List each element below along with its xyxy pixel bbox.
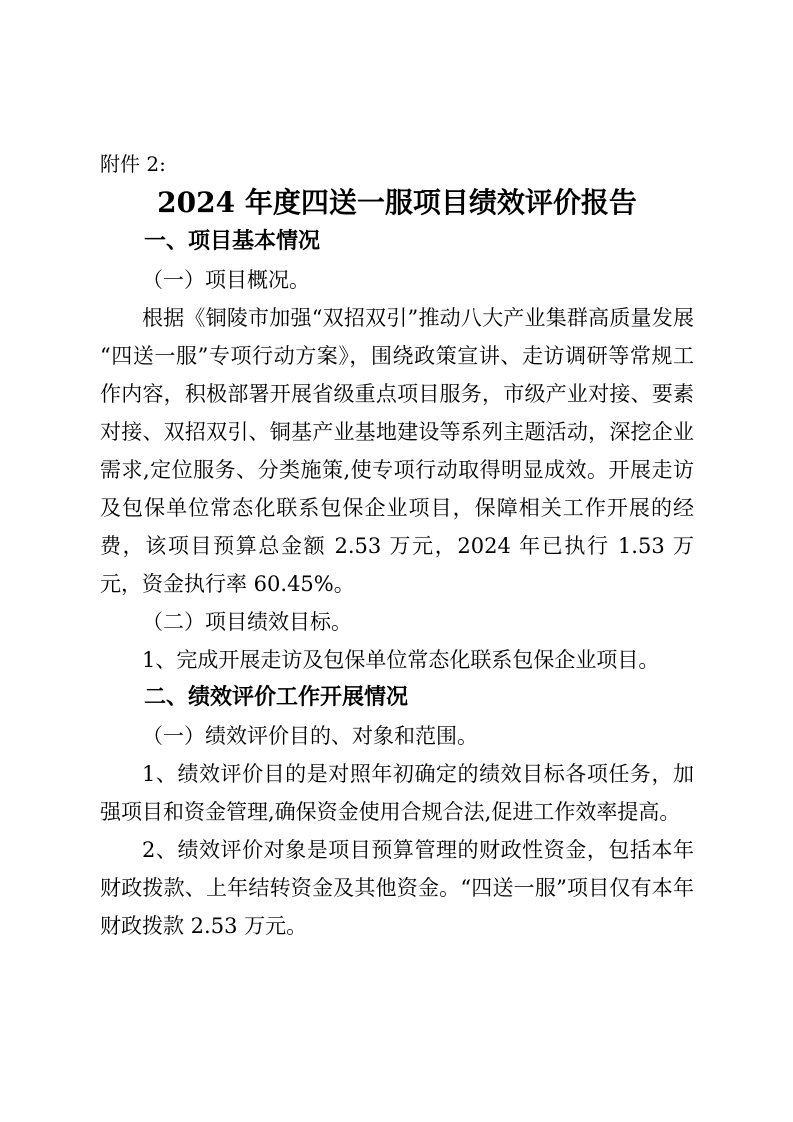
section-1-paragraph-overview: 根据《铜陵市加强“双招双引”推动八大产业集群高质量发展“四送一服”专项行动方案》… xyxy=(100,299,694,603)
document-page: 附件 2: 2024 年度四送一服项目绩效评价报告 一、项目基本情况 （一）项目… xyxy=(0,0,793,1122)
section-1-paragraph-goal: 1、完成开展走访及包保单位常态化联系包保企业项目。 xyxy=(100,641,694,679)
section-2-paragraph-purpose: 1、绩效评价目的是对照年初确定的绩效目标各项任务，加强项目和资金管理,确保资金使… xyxy=(100,755,694,831)
document-title: 2024 年度四送一服项目绩效评价报告 xyxy=(100,183,694,223)
section-1-heading: 一、项目基本情况 xyxy=(100,223,694,261)
attachment-label: 附件 2: xyxy=(100,145,694,183)
section-1-subheading-1: （一）项目概况。 xyxy=(100,261,694,299)
section-2-heading: 二、绩效评价工作开展情况 xyxy=(100,679,694,717)
section-2-subheading-1: （一）绩效评价目的、对象和范围。 xyxy=(100,717,694,755)
section-1-subheading-2: （二）项目绩效目标。 xyxy=(100,603,694,641)
section-2-paragraph-target: 2、绩效评价对象是项目预算管理的财政性资金，包括本年财政拨款、上年结转资金及其他… xyxy=(100,831,694,945)
